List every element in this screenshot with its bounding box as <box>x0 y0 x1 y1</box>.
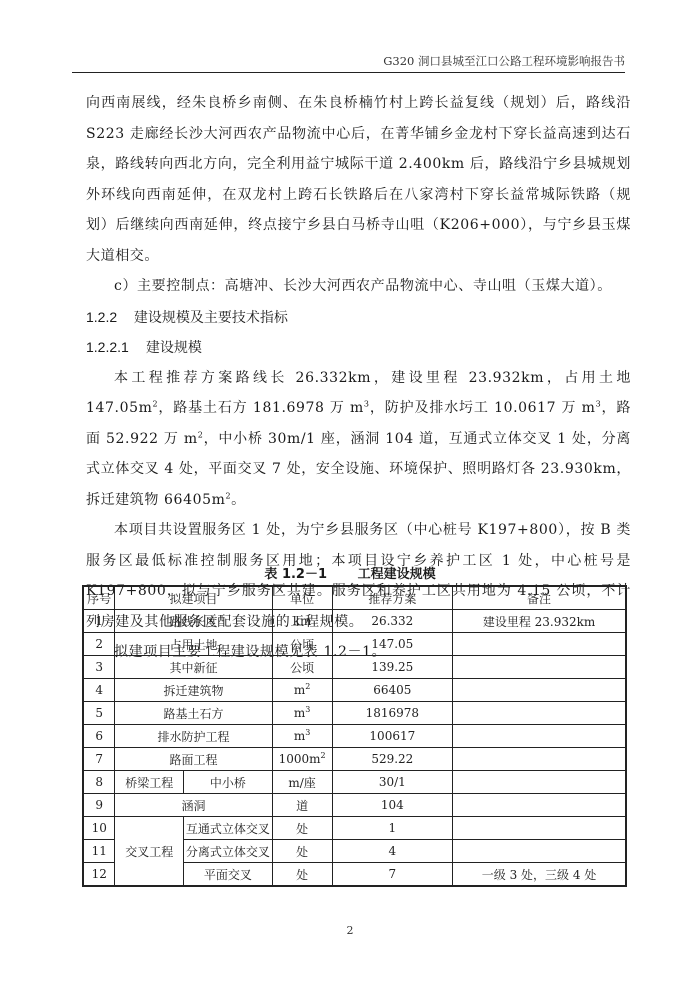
section-title: 建设规模及主要技术指标 <box>134 309 288 325</box>
item-cell: 路面工程 <box>115 748 272 771</box>
value-cell: 4 <box>332 840 453 863</box>
table-number: 表 1.2－1 <box>264 567 327 582</box>
table-row: 8 桥梁工程 中小桥 m/座 30/1 <box>83 771 626 794</box>
unit-text: m <box>294 729 305 743</box>
value-cell: 529.22 <box>332 748 453 771</box>
group-cell: 交叉工程 <box>115 817 184 887</box>
row-number: 2 <box>83 633 115 656</box>
note-cell <box>453 679 626 702</box>
table-header-row: 序号 拟建项目 单位 推荐方案 备注 <box>83 586 626 610</box>
unit-cell: 公顷 <box>272 633 332 656</box>
row-number: 6 <box>83 725 115 748</box>
superscript: 2 <box>305 682 310 691</box>
table-row: 2 占用土地 公顷 147.05 <box>83 633 626 656</box>
table-row: 6 排水防护工程 m3 100617 <box>83 725 626 748</box>
header-cell: 拟建项目 <box>115 586 272 610</box>
note-cell <box>453 702 626 725</box>
value-cell: 1816978 <box>332 702 453 725</box>
table-caption: 表 1.2－1 工程建设规模 <box>0 563 700 582</box>
item-cell: 分离式立体交叉 <box>184 840 273 863</box>
table-row: 5 路基土石方 m3 1816978 <box>83 702 626 725</box>
unit-cell: 处 <box>272 840 332 863</box>
unit-cell: 道 <box>272 794 332 817</box>
group-cell: 桥梁工程 <box>115 771 184 794</box>
unit-text: m <box>294 706 305 720</box>
unit-text: 1000m <box>279 752 321 766</box>
table-row: 9 涵洞 道 104 <box>83 794 626 817</box>
value-cell: 104 <box>332 794 453 817</box>
item-cell: 平面交叉 <box>184 863 273 887</box>
note-cell: 一级 3 处，三级 4 处 <box>453 863 626 887</box>
unit-cell: m/座 <box>272 771 332 794</box>
item-cell: 拆迁建筑物 <box>115 679 272 702</box>
running-header: G320 洞口县城至江口公路工程环境影响报告书 <box>72 52 625 73</box>
unit-cell: m2 <box>272 679 332 702</box>
page-number: 2 <box>0 924 700 937</box>
note-cell: 建设里程 23.932km <box>453 610 626 633</box>
note-cell <box>453 633 626 656</box>
table-row: 4 拆迁建筑物 m2 66405 <box>83 679 626 702</box>
table-title: 工程建设规模 <box>358 567 436 582</box>
construction-scale-paragraph: 本工程推荐方案路线长 26.332km，建设里程 23.932km，占用土地 1… <box>86 363 631 516</box>
row-number: 3 <box>83 656 115 679</box>
section-number: 1.2.2.1 <box>86 332 142 363</box>
unit-cell: m3 <box>272 725 332 748</box>
text-run: ，路基土石方 181.6978 万 m <box>158 400 364 416</box>
value-cell: 139.25 <box>332 656 453 679</box>
header-cell: 备注 <box>453 586 626 610</box>
value-cell: 100617 <box>332 725 453 748</box>
note-cell <box>453 771 626 794</box>
note-cell <box>453 748 626 771</box>
value-cell: 66405 <box>332 679 453 702</box>
unit-cell: km <box>272 610 332 633</box>
value-cell: 30/1 <box>332 771 453 794</box>
row-number: 7 <box>83 748 115 771</box>
control-points-paragraph: c）主要控制点：高塘冲、长沙大河西农产品物流中心、寺山咀（玉煤大道）。 <box>86 271 631 302</box>
note-cell <box>453 817 626 840</box>
item-cell: 占用土地 <box>115 633 272 656</box>
table-row: 1 路线长度 km 26.332 建设里程 23.932km <box>83 610 626 633</box>
item-cell: 路线长度 <box>115 610 272 633</box>
section-title: 建设规模 <box>146 339 202 355</box>
item-cell: 涵洞 <box>115 794 272 817</box>
table-row: 3 其中新征 公顷 139.25 <box>83 656 626 679</box>
superscript: 2 <box>320 751 325 760</box>
unit-cell: 公顷 <box>272 656 332 679</box>
row-number: 8 <box>83 771 115 794</box>
text-run: ，防护及排水圬工 10.0617 万 m <box>370 400 596 416</box>
row-number: 11 <box>83 840 115 863</box>
row-number: 12 <box>83 863 115 887</box>
item-cell: 其中新征 <box>115 656 272 679</box>
construction-scale-table: 序号 拟建项目 单位 推荐方案 备注 1 路线长度 km 26.332 建设里程… <box>82 585 627 887</box>
unit-cell: m3 <box>272 702 332 725</box>
header-cell: 推荐方案 <box>332 586 453 610</box>
header-cell: 序号 <box>83 586 115 610</box>
item-cell: 互通式立体交叉 <box>184 817 273 840</box>
route-description-paragraph: 向西南展线，经朱良桥乡南侧、在朱良桥楠竹村上跨长益复线（规划）后，路线沿 S22… <box>86 88 631 271</box>
row-number: 1 <box>83 610 115 633</box>
table-row: 7 路面工程 1000m2 529.22 <box>83 748 626 771</box>
note-cell <box>453 725 626 748</box>
value-cell: 26.332 <box>332 610 453 633</box>
section-heading-1-2-2-1: 1.2.2.1 建设规模 <box>86 332 631 363</box>
unit-text: m <box>294 683 305 697</box>
header-cell: 单位 <box>272 586 332 610</box>
value-cell: 7 <box>332 863 453 887</box>
note-cell <box>453 840 626 863</box>
row-number: 10 <box>83 817 115 840</box>
text-run: 。 <box>231 492 246 508</box>
note-cell <box>453 656 626 679</box>
row-number: 9 <box>83 794 115 817</box>
table-row: 10 交叉工程 互通式立体交叉 处 1 <box>83 817 626 840</box>
item-cell: 中小桥 <box>184 771 273 794</box>
section-heading-1-2-2: 1.2.2 建设规模及主要技术指标 <box>86 302 631 333</box>
superscript: 3 <box>305 705 310 714</box>
item-cell: 排水防护工程 <box>115 725 272 748</box>
section-number: 1.2.2 <box>86 302 130 333</box>
value-cell: 1 <box>332 817 453 840</box>
unit-cell: 1000m2 <box>272 748 332 771</box>
row-number: 5 <box>83 702 115 725</box>
unit-cell: 处 <box>272 817 332 840</box>
row-number: 4 <box>83 679 115 702</box>
note-cell <box>453 794 626 817</box>
unit-cell: 处 <box>272 863 332 887</box>
superscript: 3 <box>305 728 310 737</box>
header-title: G320 洞口县城至江口公路工程环境影响报告书 <box>383 54 625 68</box>
item-cell: 路基土石方 <box>115 702 272 725</box>
value-cell: 147.05 <box>332 633 453 656</box>
